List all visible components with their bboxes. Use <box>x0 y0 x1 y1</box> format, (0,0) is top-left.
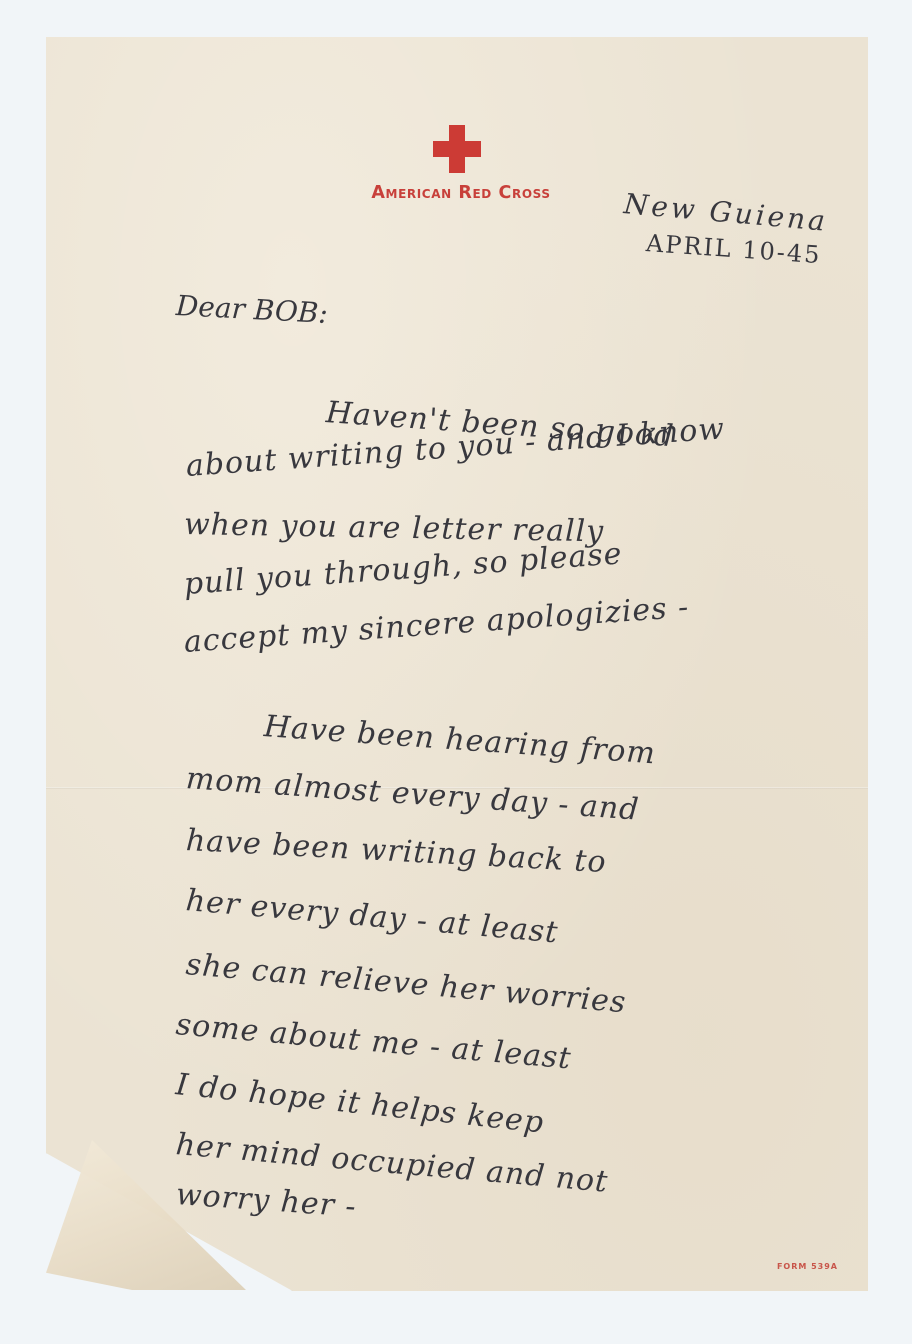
body-line: accept my sincere apologizies - <box>183 590 691 660</box>
body-line: worry her - <box>175 1177 358 1225</box>
body-line: some about me - at least <box>174 1007 572 1076</box>
salutation: Dear BOB: <box>175 289 329 330</box>
body-line: pull you through, so please <box>183 536 624 602</box>
letter-paper: American Red Cross New Guiena APRIL 10-4… <box>46 37 868 1291</box>
body-line: Have been hearing from <box>263 709 657 771</box>
red-cross-icon <box>433 125 481 173</box>
body-line: she can relieve her worries <box>184 947 627 1020</box>
form-number: FORM 539A <box>777 1262 838 1271</box>
body-line: I do hope it helps keep <box>174 1067 546 1140</box>
body-line: her every day - at least <box>184 883 559 950</box>
body-line: have been writing back to <box>185 823 607 880</box>
body-line: mom almost every day - and <box>185 761 641 828</box>
